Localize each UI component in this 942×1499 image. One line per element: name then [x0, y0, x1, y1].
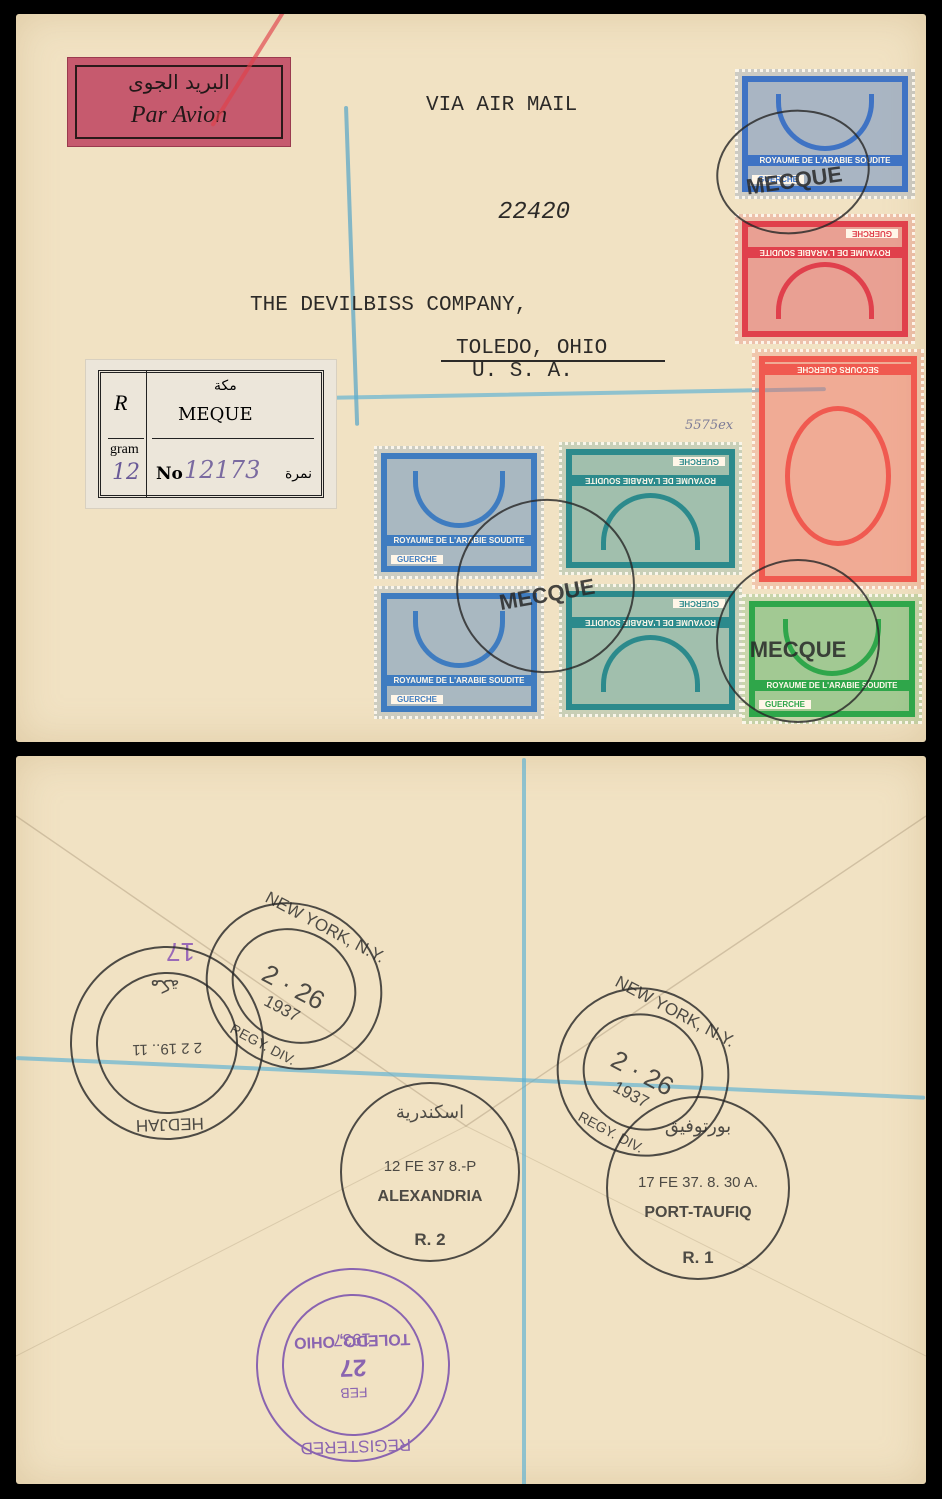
postmark-text: MECQUE — [459, 567, 636, 623]
office-arabic: مكة — [214, 378, 237, 394]
blue-crayon-line-vertical — [344, 106, 359, 426]
office-name: MEQUE — [178, 404, 253, 425]
postmark-date: 17 FE 37. 8. 30 A. — [608, 1174, 788, 1191]
stamp-inscription: ROYAUME DE L'ARABIE SOUDITE — [748, 247, 902, 258]
addressee-name: THE DEVILBISS COMPANY, — [250, 294, 527, 317]
blue-crayon-line-vertical — [522, 758, 526, 1484]
postmark-place: ALEXANDRIA — [342, 1188, 518, 1206]
postmark-code: R. 2 — [342, 1230, 518, 1250]
envelope-front: البريد الجوى Par Avion VIA AIR MAIL 2242… — [16, 14, 926, 742]
weight-handwritten: 12 — [112, 460, 140, 485]
divider — [146, 370, 147, 498]
registration-number-handwritten: 12173 — [184, 456, 260, 484]
postmark-arabic-text: اسكندرية — [342, 1102, 518, 1123]
divider — [108, 438, 144, 439]
registered-letter-r: R — [114, 390, 127, 416]
par-avion-text: Par Avion — [68, 102, 290, 129]
postmark-place: PORT-TAUFIQ — [608, 1204, 788, 1222]
stamp-inscription: ROYAUME DE L'ARABIE SOUDITE — [572, 475, 729, 486]
stamp-inscription: ROYAUME DE L'ARABIE SOUDITE — [387, 675, 531, 686]
postmark-text: MECQUE — [718, 158, 870, 205]
stamp-value-label: GUERCHE — [391, 555, 443, 564]
mecque-postmark: MECQUE — [716, 559, 880, 723]
postmark-code: R. 1 — [608, 1248, 788, 1268]
postmark-arabic-text: مكة — [70, 972, 261, 1000]
stamp-ornament — [785, 406, 891, 546]
envelope-back: 17 NEW YORK, N.Y.2 · 261937REGY. DIV.NEW… — [16, 756, 926, 1484]
registration-label: R مكة MEQUE gram 12 No 12173 نمرة — [85, 359, 337, 509]
stamp-value-label: GUERCHE — [673, 599, 725, 608]
air-mail-arabic-text: البريد الجوى — [68, 70, 290, 94]
postage-stamp: ROYAUME DE L'ARABIE SOUDITEGUERCHE — [735, 214, 915, 344]
addressee-country: U. S. A. — [472, 360, 573, 383]
number-label-arabic: نمرة — [285, 466, 312, 482]
number-label: No — [156, 464, 183, 484]
back-postmark: بورتوفيق17 FE 37. 8. 30 A.PORT-TAUFIQR. … — [606, 1096, 790, 1280]
reference-number: 22420 — [498, 199, 570, 226]
weight-label: gram — [110, 442, 139, 458]
routing-instruction: VIA AIR MAIL — [426, 94, 577, 117]
pencil-catalog-note: 5575ex — [685, 418, 733, 433]
back-postmark: اسكندرية12 FE 37 8.-PALEXANDRIAR. 2 — [340, 1082, 520, 1262]
stamp-value-label: GUERCHE — [673, 457, 725, 466]
air-mail-label: البريد الجوى Par Avion — [67, 57, 291, 147]
postmark-date: 12 FE 37 8.-P — [342, 1158, 518, 1175]
postage-stamp: SECOURS GUERCHE — [752, 349, 924, 589]
stamp-value-label: GUERCHE — [391, 695, 443, 704]
postmark-arabic-text: بورتوفيق — [608, 1116, 788, 1137]
divider — [152, 438, 314, 439]
stamp-inscription: SECOURS GUERCHE — [765, 364, 911, 375]
stamp-value-label: GUERCHE — [846, 229, 898, 238]
addressee-city: TOLEDO, OHIO — [456, 337, 607, 360]
postmark-text: MECQUE — [718, 637, 878, 663]
